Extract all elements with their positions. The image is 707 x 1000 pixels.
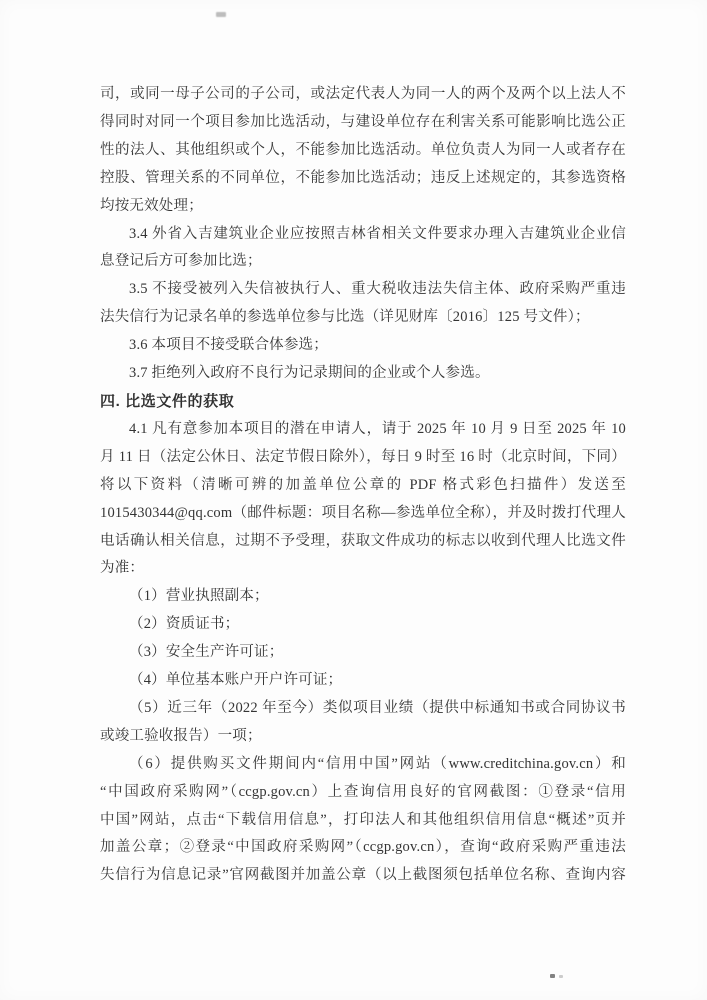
text-line: 将以下资料（清晰可辨的加盖单位公章的 PDF 格式彩色扫描件）发送至 (100, 472, 626, 500)
text-line: 月 11 日（法定公休日、法定节假日除外），每日 9 时至 16 时（北京时间，… (100, 444, 626, 472)
clause-4-1-line: 4.1 凡有意参加本项目的潜在申请人，请于 2025 年 10 月 9 日至 2… (100, 416, 626, 444)
scan-smudge-bottom-light (559, 975, 563, 978)
text-line: 控股、管理关系的不同单位，不能参加比选活动；违反上述规定的，其参选资格 (100, 165, 626, 193)
text-line: 司，或同一母子公司的子公司，或法定代表人为同一人的两个及两个以上法人不 (100, 81, 626, 109)
text-line: 加盖公章；②登录“中国政府采购网”（ccgp.gov.cn），查询“政府采购严重… (100, 834, 626, 862)
scan-smudge-top (216, 12, 226, 17)
text-line: 或竣工验收报告）一项； (100, 723, 626, 751)
list-item-6: （6）提供购买文件期间内“信用中国”网站（www.creditchina.gov… (100, 751, 626, 779)
text-line: 息登记后方可参加比选； (100, 248, 626, 276)
clause-3-7-line: 3.7 拒绝列入政府不良行为记录期间的企业或个人参选。 (100, 360, 626, 388)
text-line: 电话确认相关信息，过期不予受理，获取文件成功的标志以收到代理人比选文件 (100, 528, 626, 556)
text-line: 为准： (100, 555, 626, 583)
text-line: 中国”网站，点击“下载信用信息”，打印法人和其他组织信用信息“概述”页并 (100, 807, 626, 835)
scanned-document-page: 司，或同一母子公司的子公司，或法定代表人为同一人的两个及两个以上法人不 得同时对… (0, 0, 707, 1000)
clause-3-5-line: 3.5 不接受被列入失信被执行人、重大税收违法失信主体、政府采购严重违 (100, 276, 626, 304)
list-item-2: （2）资质证书； (100, 611, 626, 639)
section-4-heading: 四. 比选文件的获取 (100, 388, 626, 416)
text-line: 性的法人、其他组织或个人，不能参加比选活动。单位负责人为同一人或者存在 (100, 137, 626, 165)
clause-3-6-line: 3.6 本项目不接受联合体参选； (100, 332, 626, 360)
email-address-line: 1015430344@qq.com（邮件标题：项目名称—参选单位全称），并及时拨… (100, 500, 626, 528)
text-line: “中国政府采购网”（ccgp.gov.cn）上查询信用良好的官网截图：①登录“信… (100, 779, 626, 807)
text-line: 法失信行为记录名单的参选单位参与比选（详见财库〔2016〕125 号文件）； (100, 304, 626, 332)
list-item-1: （1）营业执照副本； (100, 583, 626, 611)
text-line: 失信行为信息记录”官网截图并加盖公章（以上截图须包括单位名称、查询内容 (100, 862, 626, 890)
clause-3-4-line: 3.4 外省入吉建筑业企业应按照吉林省相关文件要求办理入吉建筑业企业信 (100, 221, 626, 249)
document-body: 司，或同一母子公司的子公司，或法定代表人为同一人的两个及两个以上法人不 得同时对… (100, 81, 626, 890)
list-item-5: （5）近三年（2022 年至今）类似项目业绩（提供中标通知书或合同协议书 (100, 695, 626, 723)
text-line: 得同时对同一个项目参加比选活动，与建设单位存在利害关系可能影响比选公正 (100, 109, 626, 137)
scan-smudge-bottom-dark (550, 974, 555, 978)
text-line: 均按无效处理； (100, 193, 626, 221)
list-item-3: （3）安全生产许可证； (100, 639, 626, 667)
list-item-4: （4）单位基本账户开户许可证； (100, 667, 626, 695)
